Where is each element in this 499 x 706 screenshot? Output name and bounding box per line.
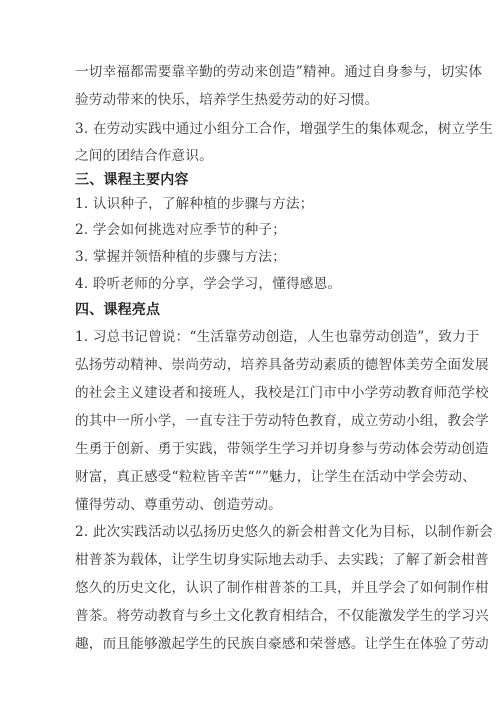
list-item: 4. 聆听老师的分享，学会学习，懂得感恩。: [75, 276, 435, 292]
paragraph-line: 验劳动带来的快乐，培养学生热爱劳动的好习惯。: [75, 92, 435, 108]
paragraph-line: 之间的团结合作意识。: [75, 148, 435, 164]
paragraph-line: 2. 此次实践活动以弘扬历史悠久的新会柑普文化为目标，以制作新会: [75, 524, 435, 540]
paragraph-line: 弘扬劳动精神、崇尚劳动，培养具备劳动素质的德智体美劳全面发展: [75, 357, 435, 373]
paragraph-line: 柑普茶为载体，让学生切身实际地去动手、去实践；了解了新会柑普: [75, 552, 435, 568]
paragraph-line: 懂得劳动、尊重劳动、创造劳动。: [75, 497, 435, 513]
list-item: 2. 学会如何挑选对应季节的种子；: [75, 222, 435, 238]
list-item: 3. 掌握并领悟种植的步骤与方法；: [75, 249, 435, 265]
list-item: 1. 认识种子，了解种植的步骤与方法；: [75, 196, 435, 212]
paragraph-line: 生勇于创新、勇于实践，带领学生学习并切身参与劳动体会劳动创造: [75, 441, 435, 457]
paragraph-line: 普茶。将劳动教育与乡土文化教育相结合，不仅能激发学生的学习兴: [75, 608, 435, 624]
paragraph-line: 的社会主义建设者和接班人，我校是江门市中小学劳动教育师范学校: [75, 385, 435, 401]
document-page: 一切幸福都需要靠辛勤的劳动来创造”精神。通过自身参与，切实体 验劳动带来的快乐，…: [0, 0, 499, 706]
paragraph-line: 3. 在劳动实践中通过小组分工合作，增强学生的集体观念，树立学生: [75, 121, 435, 137]
paragraph-line: 的其中一所小学，一直专注于劳动特色教育，成立劳动小组，教会学: [75, 413, 435, 429]
section-heading-course-content: 三、课程主要内容: [75, 172, 435, 188]
paragraph-line: 一切幸福都需要靠辛勤的劳动来创造”精神。通过自身参与，切实体: [75, 64, 435, 80]
paragraph-line: 财富，真正感受“粒粒皆辛苦“””魅力，让学生在活动中学会劳动、: [75, 469, 435, 485]
paragraph-line: 1. 习总书记曾说：“生活靠劳动创造，人生也靠劳动创造”，致力于: [75, 329, 435, 345]
section-heading-course-highlights: 四、课程亮点: [75, 302, 435, 318]
paragraph-line: 悠久的历史文化，认识了制作柑普茶的工具，并且学会了如何制作柑: [75, 580, 435, 596]
paragraph-line: 趣，而且能够激起学生的民族自豪感和荣誉感。让学生在体验了劳动: [75, 636, 435, 652]
